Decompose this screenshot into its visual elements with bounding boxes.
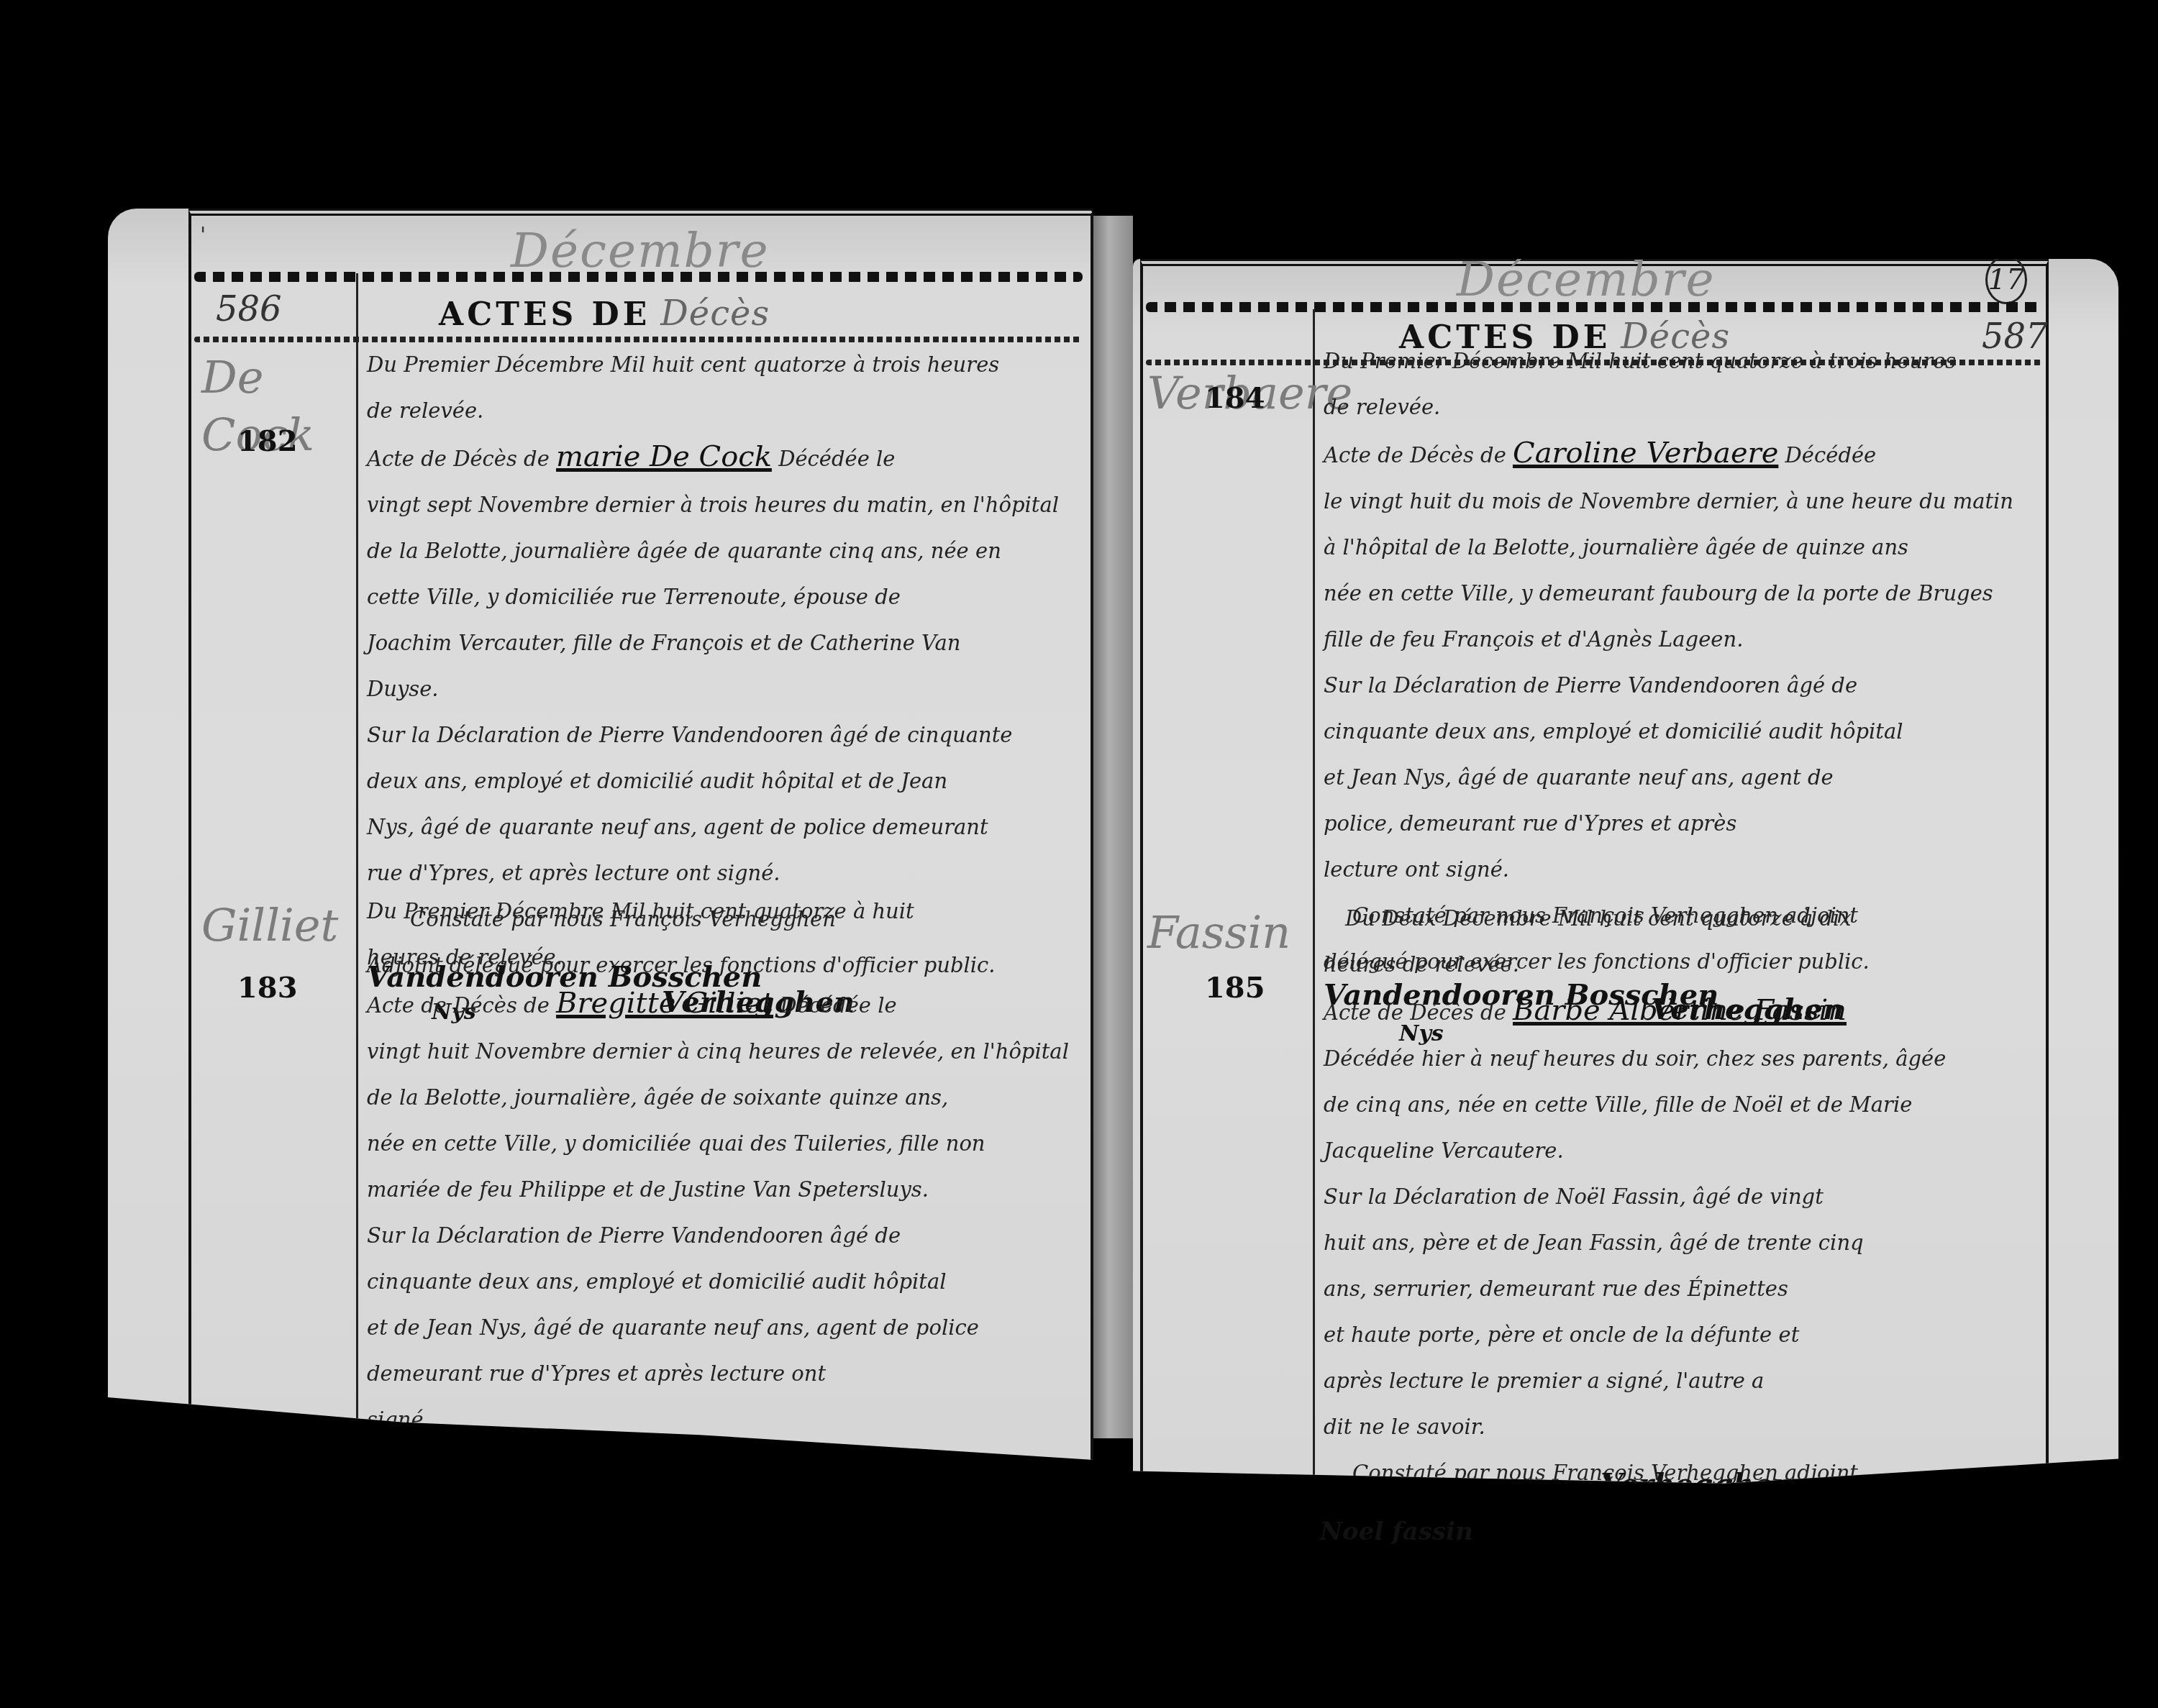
text-line: Acte de Décès de Caroline Verbaere Décéd…	[1324, 430, 2036, 478]
text-line: de relevée.	[1324, 384, 2036, 430]
text-line: Joachim Vercauter, fille de François et …	[367, 620, 1079, 666]
text-fragment: Acte de Décès de	[367, 993, 550, 1018]
text-fragment: Décédée le	[780, 993, 896, 1018]
text-line: de la Belotte, journalière âgée de quara…	[367, 528, 1079, 574]
text-line: police, demeurant rue d'Ypres et après	[1324, 800, 2036, 846]
text-line: Sur la Déclaration de Pierre Vandendoore…	[367, 1213, 1079, 1259]
text-line: Acte de Décès de Barbe Albertine Fassin	[1324, 987, 2036, 1036]
entry-number: 183	[237, 971, 298, 1005]
text-line: Sur la Déclaration de Pierre Vandendoore…	[367, 712, 1079, 758]
ornamental-rule	[194, 272, 1083, 282]
text-line: Du Premier Décembre Mil huit cent quator…	[1324, 338, 2036, 384]
deceased-name: Bregitte Gilliet	[556, 987, 773, 1020]
text-line: délégué pour exercer les fonctions d'off…	[367, 1489, 1079, 1535]
month-header: Décembre	[511, 223, 769, 278]
text-line: vingt huit Novembre dernier à cinq heure…	[367, 1028, 1079, 1074]
deceased-name: Barbe Albertine Fassin	[1513, 994, 1847, 1027]
entry-text-184: Du Premier Décembre Mil huit cent quator…	[1324, 338, 2036, 985]
page-number: 586	[216, 289, 282, 329]
text-line: Constaté par nous François Verhegghen ad…	[367, 1443, 1079, 1489]
text-line: et de Jean Nys, âgé de quarante neuf ans…	[367, 1305, 1079, 1351]
deceased-name: marie De Cock	[556, 440, 772, 473]
signature-witness: Vandendooren Bosschen	[367, 1510, 762, 1544]
entry-number: 182	[237, 424, 298, 458]
text-line: cinquante deux ans, employé et domicilié…	[367, 1259, 1079, 1305]
text-line: de la Belotte, journalière, âgée de soix…	[367, 1074, 1079, 1120]
signature-officer: Verhegghen	[647, 1532, 840, 1566]
text-line: Du Deux Décembre Mil huit cent quatorze …	[1324, 895, 2036, 941]
margin-column-line	[356, 273, 358, 1460]
text-line: Nys, âgé de quarante neuf ans, agent de …	[367, 804, 1079, 850]
signature-declarant: Noel fassin	[1320, 1517, 1473, 1546]
heading-handwritten: Décès	[660, 293, 770, 334]
text-line: Jacqueline Vercautere.	[1324, 1128, 2036, 1174]
text-fragment: Décédée	[1785, 443, 1877, 467]
margin-name: Fassin	[1147, 906, 1290, 959]
text-line: lecture ont signé.	[1324, 846, 2036, 892]
entry-text-183: Du Premier Décembre Mil huit cent quator…	[367, 888, 1079, 1535]
right-page: Décembre 17 ACTES DEDécès 587 Verbaere 1…	[1133, 259, 2118, 1496]
text-line: de cinq ans, née en cette Ville, fille d…	[1324, 1082, 2036, 1128]
text-line: à l'hôpital de la Belotte, journalière â…	[1324, 524, 2036, 570]
text-fragment: Acte de Décès de	[1324, 443, 1506, 467]
text-line: le vingt huit du mois de Novembre dernie…	[1324, 478, 2036, 524]
text-line: public.	[1324, 1542, 2036, 1588]
text-line: mariée de feu Philippe et de Justine Van…	[367, 1166, 1079, 1213]
text-line: cette Ville, y domiciliée rue Terrenoute…	[367, 574, 1079, 620]
text-line: heures de relevée.	[367, 934, 1079, 980]
signature-officer: Verhegghen	[1601, 1467, 1793, 1501]
ornamental-rule	[1146, 302, 2041, 312]
text-line: deux ans, employé et domicilié audit hôp…	[367, 758, 1079, 804]
signature-witness: Nys	[417, 1561, 462, 1586]
text-line: cinquante deux ans, employé et domicilié…	[1324, 708, 2036, 754]
page-heading: ACTES DEDécès	[439, 293, 770, 334]
text-line: huit ans, père et de Jean Fassin, âgé de…	[1324, 1220, 2036, 1266]
entry-text-185: Du Deux Décembre Mil huit cent quatorze …	[1324, 895, 2036, 1588]
text-line: Du Premier Décembre Mil huit cent quator…	[367, 342, 1079, 388]
text-line: dit ne le savoir.	[1324, 1404, 2036, 1450]
margin-column-line	[1313, 309, 1315, 1496]
text-line: demeurant rue d'Ypres et après lecture o…	[367, 1351, 1079, 1397]
text-line: de relevée.	[367, 388, 1079, 434]
left-page: ' Décembre 586 ACTES DEDécès De Cock 182…	[108, 209, 1093, 1460]
text-line: Acte de Décès de Bregitte Gilliet Décédé…	[367, 980, 1079, 1028]
text-line: Duyse.	[367, 666, 1079, 712]
text-line: et haute porte, père et oncle de la défu…	[1324, 1312, 2036, 1358]
text-line: Sur la Déclaration de Noël Fassin, âgé d…	[1324, 1174, 2036, 1220]
book-gutter	[1093, 216, 1133, 1438]
text-line: née en cette Ville, y demeurant faubourg…	[1324, 570, 2036, 616]
entry-number: 184	[1205, 381, 1265, 415]
month-header: Décembre	[1457, 252, 1715, 307]
text-line: heures de relevée.	[1324, 941, 2036, 987]
text-line: vingt sept Novembre dernier à trois heur…	[367, 482, 1079, 528]
text-fragment: Décédée le	[778, 447, 895, 471]
text-line: et Jean Nys, âgé de quarante neuf ans, a…	[1324, 754, 2036, 800]
text-line: Acte de Décès de marie De Cock Décédée l…	[367, 434, 1079, 482]
folio-stamp: 17	[1985, 255, 2027, 304]
text-line: née en cette Ville, y domiciliée quai de…	[367, 1120, 1079, 1166]
corner-mark: '	[200, 223, 206, 248]
entry-number: 185	[1205, 971, 1265, 1005]
text-line: après lecture le premier a signé, l'autr…	[1324, 1358, 2036, 1404]
text-line: signé.	[367, 1397, 1079, 1443]
text-line: fille de feu François et d'Agnès Lageen.	[1324, 616, 2036, 662]
text-fragment: Acte de Décès de	[1324, 1000, 1506, 1025]
text-line: Décédée hier à neuf heures du soir, chez…	[1324, 1036, 2036, 1082]
text-fragment: Acte de Décès de	[367, 447, 550, 471]
text-line: Sur la Déclaration de Pierre Vandendoore…	[1324, 662, 2036, 708]
deceased-name: Caroline Verbaere	[1513, 437, 1778, 470]
text-line: Du Premier Décembre Mil huit cent quator…	[367, 888, 1079, 934]
text-line: ans, serrurier, demeurant rue des Épinet…	[1324, 1266, 2036, 1312]
heading-print: ACTES DE	[439, 296, 650, 333]
margin-name: Gilliet	[201, 899, 338, 951]
